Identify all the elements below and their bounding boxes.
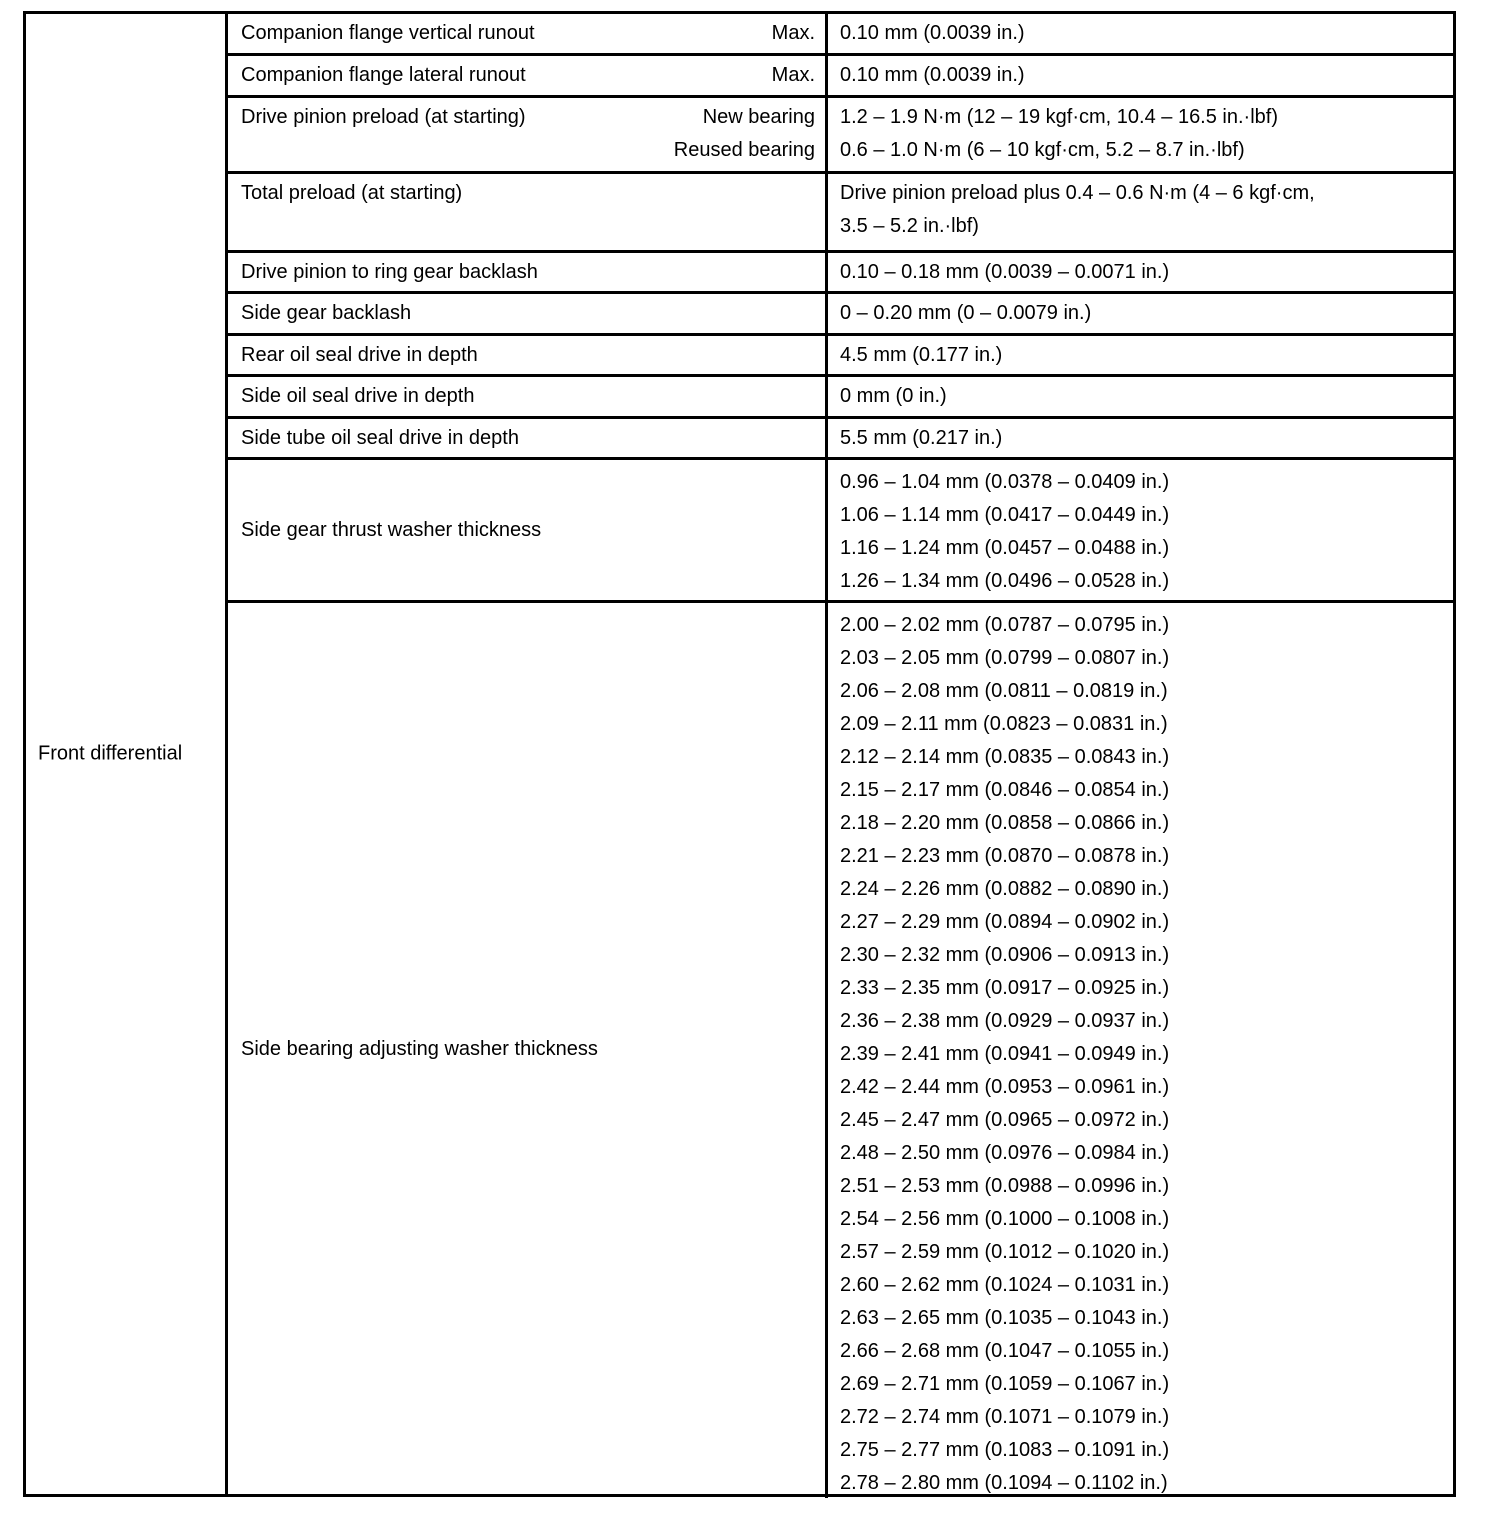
item-cell: Side bearing adjusting washer thickness <box>228 603 828 1498</box>
item-cell: Side gear backlash <box>228 294 828 333</box>
table-row: Side tube oil seal drive in depth5.5 mm … <box>228 419 1453 460</box>
item-cell: Side oil seal drive in depth <box>228 377 828 416</box>
value-text: 2.39 – 2.41 mm (0.0941 – 0.0949 in.) <box>840 1042 1169 1066</box>
item-cell: Drive pinion to ring gear backlash <box>228 253 828 291</box>
value-text: 1.2 – 1.9 N·m (12 – 19 kgf·cm, 10.4 – 16… <box>840 105 1278 129</box>
qualifier-label: Reused bearing <box>674 138 815 162</box>
item-label: Side gear thrust washer thickness <box>241 518 541 542</box>
value-text: 2.30 – 2.32 mm (0.0906 – 0.0913 in.) <box>840 943 1169 967</box>
value-text: 1.06 – 1.14 mm (0.0417 – 0.0449 in.) <box>840 503 1169 527</box>
value-text: 2.54 – 2.56 mm (0.1000 – 0.1008 in.) <box>840 1207 1169 1231</box>
spec-rows: Companion flange vertical runoutMax.0.10… <box>228 14 1453 1494</box>
value-text: 0 – 0.20 mm (0 – 0.0079 in.) <box>840 301 1091 325</box>
value-text: 0.6 – 1.0 N·m (6 – 10 kgf·cm, 5.2 – 8.7 … <box>840 138 1245 162</box>
value-text: 2.51 – 2.53 mm (0.0988 – 0.0996 in.) <box>840 1174 1169 1198</box>
table-row: Total preload (at starting)Drive pinion … <box>228 174 1453 253</box>
value-text: 2.57 – 2.59 mm (0.1012 – 0.1020 in.) <box>840 1240 1169 1264</box>
value-cell: 4.5 mm (0.177 in.) <box>828 336 1453 374</box>
item-label: Companion flange lateral runout <box>241 63 526 87</box>
item-cell: Companion flange lateral runoutMax. <box>228 56 828 95</box>
table-row: Rear oil seal drive in depth4.5 mm (0.17… <box>228 336 1453 377</box>
value-text: 2.27 – 2.29 mm (0.0894 – 0.0902 in.) <box>840 910 1169 934</box>
value-text: 1.16 – 1.24 mm (0.0457 – 0.0488 in.) <box>840 536 1169 560</box>
item-cell: Side gear thrust washer thickness <box>228 460 828 600</box>
item-label: Side gear backlash <box>241 301 411 325</box>
value-text: 2.21 – 2.23 mm (0.0870 – 0.0878 in.) <box>840 844 1169 868</box>
value-cell: 1.2 – 1.9 N·m (12 – 19 kgf·cm, 10.4 – 16… <box>828 98 1453 171</box>
value-text: 2.03 – 2.05 mm (0.0799 – 0.0807 in.) <box>840 646 1169 670</box>
item-cell: Rear oil seal drive in depth <box>228 336 828 374</box>
value-cell: 2.00 – 2.02 mm (0.0787 – 0.0795 in.)2.03… <box>828 603 1453 1498</box>
value-text: 2.69 – 2.71 mm (0.1059 – 0.1067 in.) <box>840 1372 1169 1396</box>
value-text: 2.60 – 2.62 mm (0.1024 – 0.1031 in.) <box>840 1273 1169 1297</box>
value-cell: 0.10 mm (0.0039 in.) <box>828 14 1453 53</box>
item-cell: Total preload (at starting) <box>228 174 828 250</box>
value-text: 2.00 – 2.02 mm (0.0787 – 0.0795 in.) <box>840 613 1169 637</box>
item-label: Rear oil seal drive in depth <box>241 343 478 367</box>
value-text: 2.66 – 2.68 mm (0.1047 – 0.1055 in.) <box>840 1339 1169 1363</box>
group-label: Front differential <box>38 743 182 766</box>
value-text: 0 mm (0 in.) <box>840 384 947 408</box>
value-text: 3.5 – 5.2 in.·lbf) <box>840 214 979 238</box>
value-text: Drive pinion preload plus 0.4 – 0.6 N·m … <box>840 181 1315 205</box>
item-label: Side oil seal drive in depth <box>241 384 474 408</box>
item-cell: Side tube oil seal drive in depth <box>228 419 828 457</box>
spec-table: Front differential Companion flange vert… <box>23 11 1456 1497</box>
value-cell: 5.5 mm (0.217 in.) <box>828 419 1453 457</box>
value-text: 0.10 mm (0.0039 in.) <box>840 63 1025 87</box>
value-text: 0.10 mm (0.0039 in.) <box>840 21 1025 45</box>
table-row: Side oil seal drive in depth0 mm (0 in.) <box>228 377 1453 419</box>
value-text: 2.33 – 2.35 mm (0.0917 – 0.0925 in.) <box>840 976 1169 1000</box>
item-cell: Companion flange vertical runoutMax. <box>228 14 828 53</box>
value-text: 2.06 – 2.08 mm (0.0811 – 0.0819 in.) <box>840 679 1168 703</box>
item-cell: Drive pinion preload (at starting)New be… <box>228 98 828 171</box>
value-text: 2.48 – 2.50 mm (0.0976 – 0.0984 in.) <box>840 1141 1169 1165</box>
qualifier-label: Max. <box>772 21 815 45</box>
value-cell: 0.10 mm (0.0039 in.) <box>828 56 1453 95</box>
table-row: Drive pinion to ring gear backlash0.10 –… <box>228 253 1453 294</box>
value-text: 0.96 – 1.04 mm (0.0378 – 0.0409 in.) <box>840 470 1169 494</box>
value-text: 2.42 – 2.44 mm (0.0953 – 0.0961 in.) <box>840 1075 1169 1099</box>
item-label: Drive pinion to ring gear backlash <box>241 260 538 284</box>
value-text: 2.15 – 2.17 mm (0.0846 – 0.0854 in.) <box>840 778 1169 802</box>
value-text: 2.63 – 2.65 mm (0.1035 – 0.1043 in.) <box>840 1306 1169 1330</box>
value-text: 2.78 – 2.80 mm (0.1094 – 0.1102 in.) <box>840 1471 1168 1495</box>
value-cell: 0 – 0.20 mm (0 – 0.0079 in.) <box>828 294 1453 333</box>
qualifier-label: Max. <box>772 63 815 87</box>
value-cell: Drive pinion preload plus 0.4 – 0.6 N·m … <box>828 174 1453 250</box>
value-text: 2.36 – 2.38 mm (0.0929 – 0.0937 in.) <box>840 1009 1169 1033</box>
table-row: Companion flange lateral runoutMax.0.10 … <box>228 56 1453 98</box>
value-cell: 0.96 – 1.04 mm (0.0378 – 0.0409 in.)1.06… <box>828 460 1453 600</box>
item-label: Companion flange vertical runout <box>241 21 535 45</box>
table-row: Side gear thrust washer thickness0.96 – … <box>228 460 1453 603</box>
value-text: 2.12 – 2.14 mm (0.0835 – 0.0843 in.) <box>840 745 1169 769</box>
value-text: 5.5 mm (0.217 in.) <box>840 426 1002 450</box>
table-row: Companion flange vertical runoutMax.0.10… <box>228 14 1453 56</box>
value-text: 2.09 – 2.11 mm (0.0823 – 0.0831 in.) <box>840 712 1168 736</box>
table-row: Side gear backlash0 – 0.20 mm (0 – 0.007… <box>228 294 1453 336</box>
table-row: Side bearing adjusting washer thickness2… <box>228 603 1453 1498</box>
item-label: Total preload (at starting) <box>241 181 462 205</box>
value-cell: 0.10 – 0.18 mm (0.0039 – 0.0071 in.) <box>828 253 1453 291</box>
value-text: 2.72 – 2.74 mm (0.1071 – 0.1079 in.) <box>840 1405 1169 1429</box>
value-text: 4.5 mm (0.177 in.) <box>840 343 1002 367</box>
table-row: Drive pinion preload (at starting)New be… <box>228 98 1453 174</box>
item-label: Side tube oil seal drive in depth <box>241 426 519 450</box>
item-label: Side bearing adjusting washer thickness <box>241 1037 598 1061</box>
qualifier-label: New bearing <box>703 105 815 129</box>
value-cell: 0 mm (0 in.) <box>828 377 1453 416</box>
value-text: 2.18 – 2.20 mm (0.0858 – 0.0866 in.) <box>840 811 1169 835</box>
value-text: 1.26 – 1.34 mm (0.0496 – 0.0528 in.) <box>840 569 1169 593</box>
value-text: 2.75 – 2.77 mm (0.1083 – 0.1091 in.) <box>840 1438 1169 1462</box>
value-text: 2.45 – 2.47 mm (0.0965 – 0.0972 in.) <box>840 1108 1169 1132</box>
value-text: 0.10 – 0.18 mm (0.0039 – 0.0071 in.) <box>840 260 1169 284</box>
item-label: Drive pinion preload (at starting) <box>241 105 526 129</box>
group-cell: Front differential <box>26 14 228 1494</box>
value-text: 2.24 – 2.26 mm (0.0882 – 0.0890 in.) <box>840 877 1169 901</box>
